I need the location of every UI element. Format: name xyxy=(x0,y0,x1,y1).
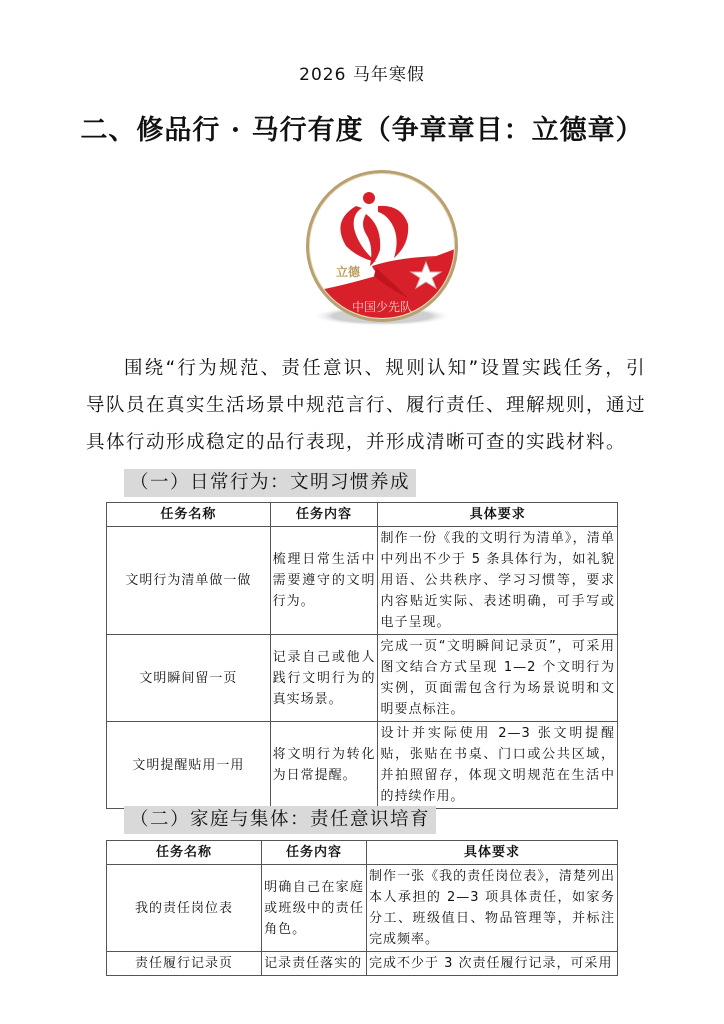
task-content-cell: 明确自己在家庭或班级中的责任角色。 xyxy=(262,865,367,952)
column-header-task-content: 任务内容 xyxy=(270,503,378,527)
table-row: 我的责任岗位表 明确自己在家庭或班级中的责任角色。 制作一张《我的责任岗位表》，… xyxy=(107,865,618,952)
task-requirement-cell: 完成一页“文明瞬间记录页”，可采用图文结合方式呈现 1—2 个文明行为实例，页面… xyxy=(378,635,618,722)
table-row: 文明提醒贴用一用 将文明行为转化为日常提醒。 设计并实际使用 2—3 张文明提醒… xyxy=(107,722,618,809)
document-main-title: 二、修品行 · 马行有度（争章章目：立德章） xyxy=(0,108,724,147)
document-top-title: 2026 马年寒假 xyxy=(0,60,724,85)
column-header-task-name: 任务名称 xyxy=(107,841,262,865)
task-requirement-cell: 设计并实际使用 2—3 张文明提醒贴，张贴在书桌、门口或公共区域，并拍照留存，体… xyxy=(378,722,618,809)
intro-paragraph: 围绕“行为规范、责任意识、规则认知”设置实践任务，引导队员在真实生活场景中规范言… xyxy=(86,350,646,461)
task-requirement-cell: 制作一份《我的文明行为清单》，清单中列出不少于 5 条具体行为，如礼貌用语、公共… xyxy=(378,527,618,635)
task-name-cell: 文明瞬间留一页 xyxy=(107,635,271,722)
table-header-row: 任务名称 任务内容 具体要求 xyxy=(107,841,618,865)
column-header-requirements: 具体要求 xyxy=(378,503,618,527)
section-heading-family-collective: （二）家庭与集体：责任意识培育 xyxy=(124,806,436,834)
table-row: 责任履行记录页 记录责任落实的 完成不少于 3 次责任履行记录，可采用 xyxy=(107,952,618,976)
intro-text: 围绕“行为规范、责任意识、规则认知”设置实践任务，引导队员在真实生活场景中规范言… xyxy=(86,350,646,461)
column-header-task-name: 任务名称 xyxy=(107,503,271,527)
task-name-cell: 文明提醒贴用一用 xyxy=(107,722,271,809)
task-content-cell: 记录责任落实的 xyxy=(262,952,367,976)
column-header-task-content: 任务内容 xyxy=(262,841,367,865)
badge-label-lide: 立德 xyxy=(336,264,361,279)
task-name-cell: 责任履行记录页 xyxy=(107,952,262,976)
task-content-cell: 记录自己或他人践行文明行为的真实场景。 xyxy=(270,635,378,722)
section-heading-daily-behavior: （一）日常行为：文明习惯养成 xyxy=(124,469,416,497)
task-name-cell: 我的责任岗位表 xyxy=(107,865,262,952)
task-name-cell: 文明行为清单做一做 xyxy=(107,527,271,635)
task-requirement-cell: 完成不少于 3 次责任履行记录，可采用 xyxy=(367,952,618,976)
pioneer-badge-icon: 立德 中国少先队 xyxy=(296,166,468,328)
table-row: 文明瞬间留一页 记录自己或他人践行文明行为的真实场景。 完成一页“文明瞬间记录页… xyxy=(107,635,618,722)
table-row: 文明行为清单做一做 梳理日常生活中需要遵守的文明行为。 制作一份《我的文明行为清… xyxy=(107,527,618,635)
task-content-cell: 将文明行为转化为日常提醒。 xyxy=(270,722,378,809)
task-content-cell: 梳理日常生活中需要遵守的文明行为。 xyxy=(270,527,378,635)
column-header-requirements: 具体要求 xyxy=(367,841,618,865)
lide-badge-image: 立德 中国少先队 xyxy=(296,166,468,328)
table-header-row: 任务名称 任务内容 具体要求 xyxy=(107,503,618,527)
task-table-family-collective: 任务名称 任务内容 具体要求 我的责任岗位表 明确自己在家庭或班级中的责任角色。… xyxy=(106,840,618,976)
badge-label-pioneers: 中国少先队 xyxy=(352,299,412,314)
task-table-daily-behavior: 任务名称 任务内容 具体要求 文明行为清单做一做 梳理日常生活中需要遵守的文明行… xyxy=(106,502,618,809)
task-requirement-cell: 制作一张《我的责任岗位表》，清楚列出本人承担的 2—3 项具体责任，如家务分工、… xyxy=(367,865,618,952)
